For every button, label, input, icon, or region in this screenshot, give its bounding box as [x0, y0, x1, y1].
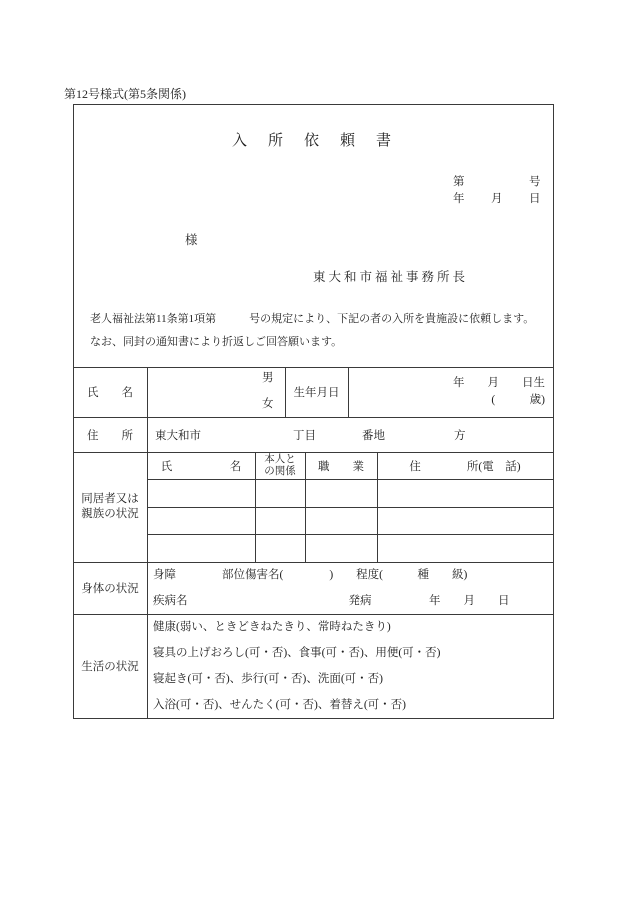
cohabitant-col-address: 住 所(電 話)	[377, 452, 553, 479]
body-text-line2: なお、同封の通知書により折返しご回答願います。	[90, 333, 342, 349]
cohabitant-col-name: 氏 名	[147, 452, 255, 479]
addressee-suffix: 様	[185, 230, 198, 248]
physical-section-content: 身障 部位傷害名( ) 程度( 種 級) 疾病名 発病 年 月 日	[153, 562, 548, 614]
life-line-rising: 寝起き(可・否)、歩行(可・否)、洗面(可・否)	[153, 666, 548, 692]
document-page: 第12号様式(第5条関係) 入 所 依 頼 書 第 号 年 月 日 様 東大和市…	[0, 0, 630, 915]
date-month-label: 月	[491, 190, 503, 206]
address-value: 東大和市 丁目 番地 方	[147, 417, 553, 452]
gender-female-label: 女	[262, 395, 274, 411]
cohabitant-col-relation-line1: 本人と	[264, 454, 296, 466]
form-title: 入 所 依 頼 書	[73, 129, 553, 150]
gender-male-label: 男	[262, 369, 274, 385]
cohabitant-empty-row	[147, 507, 553, 534]
address-row-label: 住 所	[73, 417, 147, 452]
dob-value-line2: ( 歳)	[491, 392, 545, 409]
life-section-label: 生活の状況	[73, 614, 147, 718]
doc-number-suffix: 号	[529, 173, 541, 189]
cohabitant-section-label: 同居者又は 親族の状況	[73, 452, 147, 562]
dob-value-line1: 年 月 日生	[453, 375, 545, 392]
cohabitant-label-line2: 親族の状況	[81, 507, 139, 522]
physical-section-label: 身体の状況	[73, 562, 147, 614]
life-line-bathing: 入浴(可・否)、せんたく(可・否)、着替え(可・否)	[153, 692, 548, 718]
body-text-line1: 老人福祉法第11条第1項第 号の規定により、下記の者の入所を貴施設に依頼します。	[90, 310, 534, 326]
cohabitant-col-occupation: 職 業	[305, 452, 377, 479]
cohabitant-label-line1: 同居者又は	[81, 492, 139, 507]
cohabitant-col-relation: 本人と の関係	[255, 452, 305, 479]
form-number-label: 第12号様式(第5条関係)	[64, 85, 186, 102]
cohabitant-empty-row	[147, 534, 553, 562]
name-row-label: 氏 名	[73, 367, 147, 417]
life-line-health: 健康(弱い、ときどきねたきり、常時ねたきり)	[153, 614, 548, 640]
physical-line1: 身障 部位傷害名( ) 程度( 種 級)	[153, 562, 548, 588]
cohabitant-empty-row	[147, 479, 553, 507]
dob-label: 生年月日	[285, 367, 348, 417]
physical-line2: 疾病名 発病 年 月 日	[153, 588, 548, 614]
date-day-label: 日	[529, 190, 541, 206]
cohabitant-col-relation-line2: の関係	[264, 466, 296, 478]
date-year-label: 年	[453, 190, 465, 206]
sender-title: 東大和市福祉事務所長	[313, 267, 468, 285]
dob-value-cell: 年 月 日生 ( 歳)	[348, 367, 553, 417]
life-section-content: 健康(弱い、ときどきねたきり、常時ねたきり) 寝具の上げおろし(可・否)、食事(…	[153, 614, 548, 718]
life-line-bedding: 寝具の上げおろし(可・否)、食事(可・否)、用便(可・否)	[153, 640, 548, 666]
doc-number-prefix: 第	[453, 173, 465, 189]
